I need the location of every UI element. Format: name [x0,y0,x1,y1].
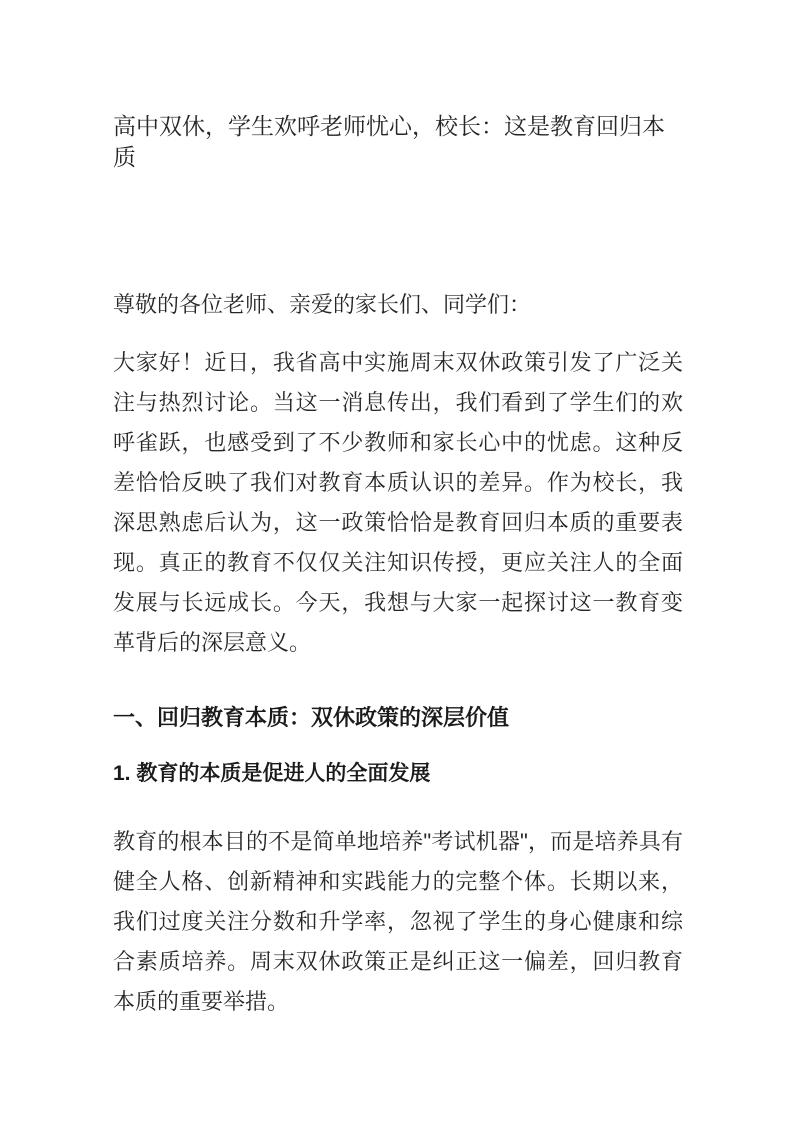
article-title: 高中双休，学生欢呼老师忧心，校长：这是教育回归本质 [113,0,683,173]
document-page: 高中双休，学生欢呼老师忧心，校长：这是教育回归本质 尊敬的各位老师、亲爱的家长们… [0,0,793,1122]
intro-paragraph: 大家好！近日，我省高中实施周末双休政策引发了广泛关注与热烈讨论。当这一消息传出，… [113,343,683,663]
salutation-line: 尊敬的各位老师、亲爱的家长们、同学们： [113,285,683,325]
subsection-1-body-paragraph: 教育的根本目的不是简单地培养"考试机器"，而是培养具有健全人格、创新精神和实践能… [113,822,683,1022]
section-1-subsection-1-heading: 1. 教育的本质是促进人的全面发展 [113,759,683,789]
section-1-heading: 一、回归教育本质：双休政策的深层价值 [113,703,683,733]
